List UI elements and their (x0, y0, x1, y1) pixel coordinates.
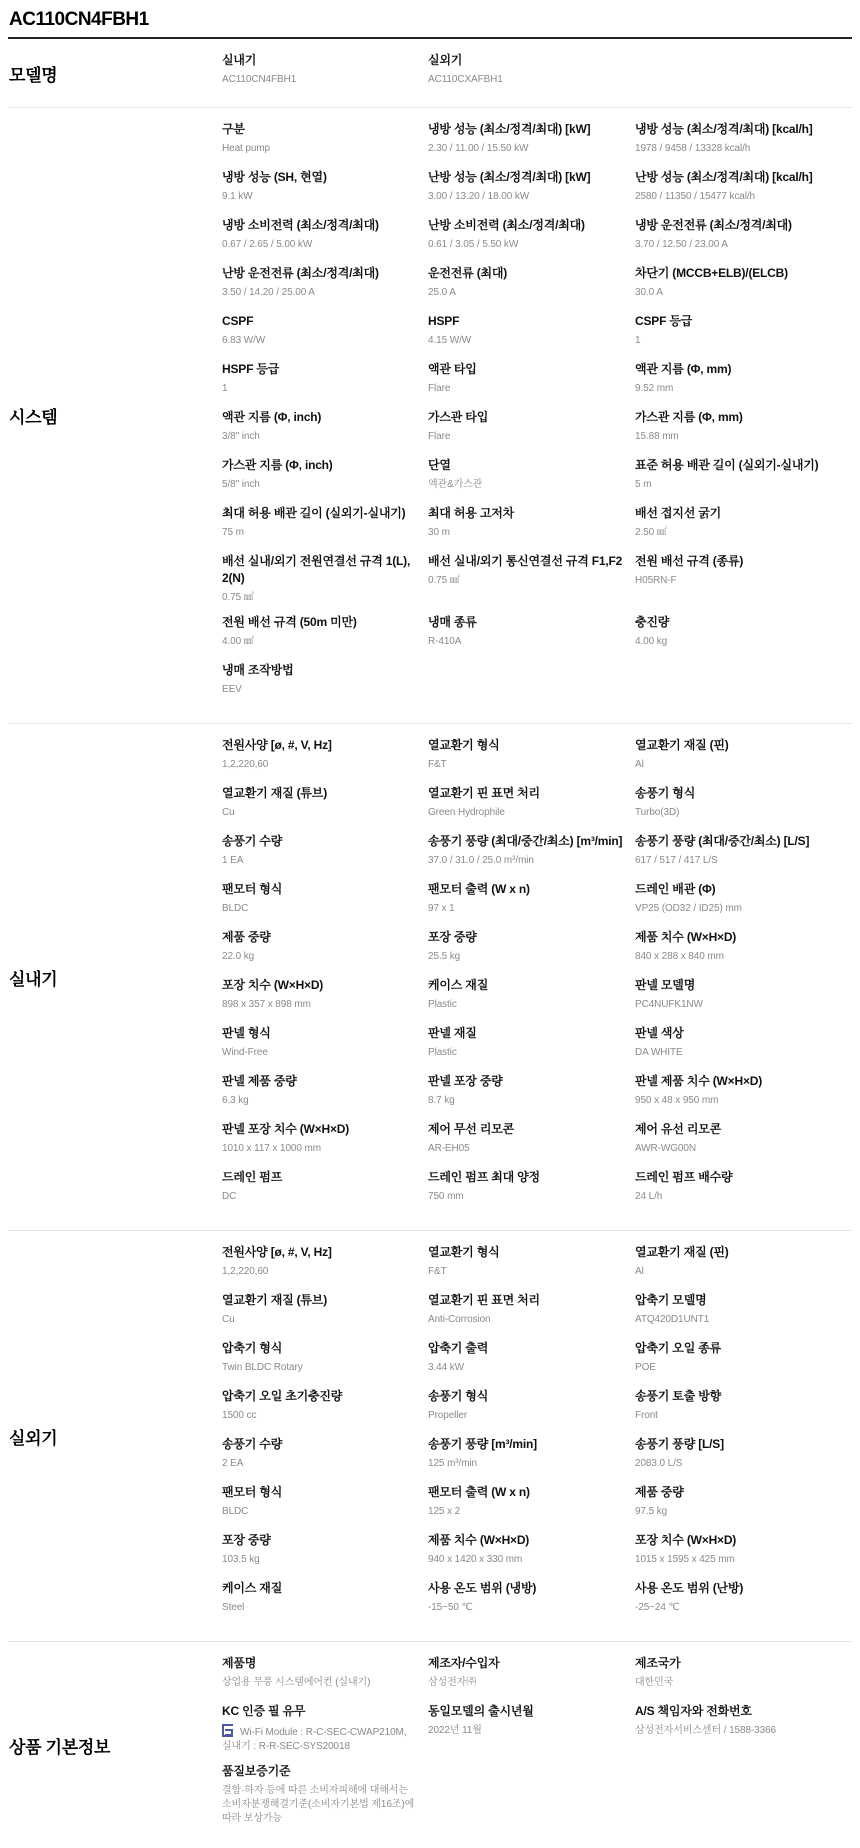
spec-value: 37.0 / 31.0 / 25.0 m³/min (428, 854, 625, 868)
spec-item: 판넬 제품 치수 (W×H×D)950 x 48 x 950 mm (635, 1070, 843, 1118)
spec-label: 송풍기 토출 방향 (635, 1388, 833, 1405)
spec-label: 송풍기 수량 (222, 1436, 418, 1453)
spec-label: 송풍기 풍량 [L/S] (635, 1436, 833, 1453)
spec-item: 열교환기 핀 표면 처리Green Hydrophile (428, 782, 635, 830)
spec-value: 97 x 1 (428, 902, 625, 916)
spec-item: 드레인 펌프 최대 양정750 mm (428, 1166, 635, 1214)
spec-item: 열교환기 형식F&T (428, 1241, 635, 1289)
spec-value: 1500 cc (222, 1409, 418, 1423)
spec-item: 가스관 타입Flare (428, 406, 635, 454)
spec-value: 액관&가스관 (428, 478, 625, 492)
spec-label: 드레인 펌프 (222, 1169, 418, 1186)
spec-item: 액관 지름 (Φ, inch)3/8" inch (222, 406, 428, 454)
spec-label: 열교환기 재질 (핀) (635, 1244, 833, 1261)
spec-item: 판넬 색상DA WHITE (635, 1022, 843, 1070)
spec-label: 송풍기 풍량 [m³/min] (428, 1436, 625, 1453)
spec-label: 열교환기 핀 표면 처리 (428, 1292, 625, 1309)
spec-label: 열교환기 재질 (튜브) (222, 785, 418, 802)
spec-label: 난방 성능 (최소/정격/최대) [kW] (428, 169, 625, 186)
spec-value: Green Hydrophile (428, 806, 625, 820)
spec-value: Cu (222, 806, 418, 820)
spec-item: 포장 중량103.5 kg (222, 1529, 428, 1577)
spec-label: 송풍기 형식 (635, 785, 833, 802)
spec-value: 30.0 A (635, 286, 833, 300)
spec-item: 충진량4.00 kg (635, 611, 843, 659)
spec-value: -15~50 ℃ (428, 1601, 625, 1615)
spec-item: 가스관 지름 (Φ, mm)15.88 mm (635, 406, 843, 454)
spec-item: 배선 실내/외기 전원연결선 규격 1(L), 2(N)0.75 ㎟ (222, 550, 428, 611)
spec-label: 판넬 포장 치수 (W×H×D) (222, 1121, 418, 1138)
spec-value: 9.52 mm (635, 382, 833, 396)
spec-value: 대한민국 (635, 1676, 833, 1690)
spec-item: 송풍기 형식Propeller (428, 1385, 635, 1433)
section-title: 상품 기본정보 (8, 1642, 222, 1848)
spec-label: A/S 책임자와 전화번호 (635, 1703, 833, 1720)
section-system: 시스템 구분Heat pump냉방 성능 (최소/정격/최대) [kW]2.30… (8, 108, 852, 724)
spec-item: 동일모델의 출시년월2022년 11월 (428, 1700, 635, 1760)
spec-item: 최대 허용 배관 길이 (실외기-실내기)75 m (222, 502, 428, 550)
spec-value: 삼성전자서비스센터 / 1588-3366 (635, 1724, 833, 1738)
spec-item: 판넬 모델명PC4NUFK1NW (635, 974, 843, 1022)
spec-item: 품질보증기준결함·하자 등에 따른 소비자피해에 대해서는 소비자분쟁해결기준(… (222, 1760, 428, 1832)
spec-value: 2022년 11월 (428, 1724, 625, 1738)
spec-item: 전원 배선 규격 (종류)H05RN-F (635, 550, 843, 611)
spec-label: 드레인 펌프 최대 양정 (428, 1169, 625, 1186)
spec-value: Plastic (428, 1046, 625, 1060)
spec-value: 898 x 357 x 898 mm (222, 998, 418, 1012)
spec-value: 0.75 ㎟ (428, 574, 625, 588)
spec-value: 1 EA (222, 854, 418, 868)
spec-label: 제조국가 (635, 1655, 833, 1672)
spec-value: 24 L/h (635, 1190, 833, 1204)
section-outdoor: 실외기 전원사양 [ø, #, V, Hz]1,2,220,60열교환기 형식F… (8, 1231, 852, 1642)
spec-label: 실내기 (222, 52, 418, 69)
spec-value: Anti-Corrosion (428, 1313, 625, 1327)
spec-label: 압축기 오일 종류 (635, 1340, 833, 1357)
spec-value: Al (635, 758, 833, 772)
spec-item: 전원사양 [ø, #, V, Hz]1,2,220,60 (222, 734, 428, 782)
spec-value: 2.50 ㎟ (635, 526, 833, 540)
spec-value: 1,2,220,60 (222, 758, 418, 772)
spec-value: 결함·하자 등에 따른 소비자피해에 대해서는 소비자분쟁해결기준(소비자기본법… (222, 1784, 418, 1826)
spec-label: 난방 운전전류 (최소/정격/최대) (222, 265, 418, 282)
spec-label: 팬모터 출력 (W x n) (428, 1484, 625, 1501)
spec-label: 전원 배선 규격 (종류) (635, 553, 833, 570)
spec-item: 팬모터 출력 (W x n)97 x 1 (428, 878, 635, 926)
section-indoor: 실내기 전원사양 [ø, #, V, Hz]1,2,220,60열교환기 형식F… (8, 724, 852, 1231)
spec-item: 압축기 오일 종류POE (635, 1337, 843, 1385)
spec-label: 판넬 모델명 (635, 977, 833, 994)
spec-label: 팬모터 형식 (222, 881, 418, 898)
spec-value: Twin BLDC Rotary (222, 1361, 418, 1375)
spec-label: 운전전류 (최대) (428, 265, 625, 282)
spec-item: 팬모터 출력 (W x n)125 x 2 (428, 1481, 635, 1529)
spec-value: 1978 / 9458 / 13328 kcal/h (635, 142, 833, 156)
spec-label: 제어 무선 리모콘 (428, 1121, 625, 1138)
spec-label: 제조자/수입자 (428, 1655, 625, 1672)
spec-label: 사용 온도 범위 (냉방) (428, 1580, 625, 1597)
spec-value: Flare (428, 382, 625, 396)
spec-label: 냉방 소비전력 (최소/정격/최대) (222, 217, 418, 234)
spec-item: HSPF 등급1 (222, 358, 428, 406)
spec-value: 940 x 1420 x 330 mm (428, 1553, 625, 1567)
spec-value: 1015 x 1595 x 425 mm (635, 1553, 833, 1567)
spec-label: 난방 성능 (최소/정격/최대) [kcal/h] (635, 169, 833, 186)
spec-item: 사용 온도 범위 (난방)-25~24 ℃ (635, 1577, 843, 1625)
spec-item: 드레인 펌프 배수량24 L/h (635, 1166, 843, 1214)
spec-item: 포장 치수 (W×H×D)898 x 357 x 898 mm (222, 974, 428, 1022)
spec-value: 2083.0 L/S (635, 1457, 833, 1471)
spec-value: 0.67 / 2.65 / 5.00 kW (222, 238, 418, 252)
spec-label: 냉방 성능 (SH, 현열) (222, 169, 418, 186)
spec-label: 판넬 형식 (222, 1025, 418, 1042)
spec-item: 액관 타입Flare (428, 358, 635, 406)
spec-value: 6.3 kg (222, 1094, 418, 1108)
spec-label: 냉방 성능 (최소/정격/최대) [kcal/h] (635, 121, 833, 138)
spec-label: KC 인증 필 유무 (222, 1703, 418, 1720)
spec-item: 난방 운전전류 (최소/정격/최대)3.50 / 14.20 / 25.00 A (222, 262, 428, 310)
spec-label: 실외기 (428, 52, 625, 69)
spec-item: 팬모터 형식BLDC (222, 878, 428, 926)
spec-item: 액관 지름 (Φ, mm)9.52 mm (635, 358, 843, 406)
spec-label: CSPF (222, 313, 418, 330)
spec-value: Plastic (428, 998, 625, 1012)
spec-label: 전원 배선 규격 (50m 미만) (222, 614, 418, 631)
spec-value: 2580 / 11350 / 15477 kcal/h (635, 190, 833, 204)
spec-value: 2.30 / 11.00 / 15.50 kW (428, 142, 625, 156)
spec-item: 판넬 형식Wind-Free (222, 1022, 428, 1070)
spec-label: 포장 치수 (W×H×D) (222, 977, 418, 994)
spec-item: 사용 온도 범위 (냉방)-15~50 ℃ (428, 1577, 635, 1625)
spec-value: 950 x 48 x 950 mm (635, 1094, 833, 1108)
spec-value: H05RN-F (635, 574, 833, 588)
spec-item: 드레인 펌프DC (222, 1166, 428, 1214)
spec-item: 냉매 조작방법EEV (222, 659, 428, 707)
spec-label: 팬모터 출력 (W x n) (428, 881, 625, 898)
spec-item: 압축기 오일 초기충진량1500 cc (222, 1385, 428, 1433)
spec-label: HSPF 등급 (222, 361, 418, 378)
spec-value: 2 EA (222, 1457, 418, 1471)
spec-grid: 제품명상업용 무풍 시스템에어컨 (실내기)제조자/수입자삼성전자㈜제조국가대한… (222, 1642, 852, 1848)
spec-value: 4.00 kg (635, 635, 833, 649)
spec-item: 판넬 재질Plastic (428, 1022, 635, 1070)
spec-item: 제품명상업용 무풍 시스템에어컨 (실내기) (222, 1652, 428, 1700)
spec-value: 삼성전자㈜ (428, 1676, 625, 1690)
spec-item: 송풍기 풍량 [L/S]2083.0 L/S (635, 1433, 843, 1481)
spec-value: AWR-WG00N (635, 1142, 833, 1156)
spec-item: 열교환기 재질 (튜브)Cu (222, 1289, 428, 1337)
spec-label: 액관 지름 (Φ, inch) (222, 409, 418, 426)
spec-item: 배선 접지선 굵기2.50 ㎟ (635, 502, 843, 550)
spec-label: 열교환기 핀 표면 처리 (428, 785, 625, 802)
spec-grid: 전원사양 [ø, #, V, Hz]1,2,220,60열교환기 형식F&T열교… (222, 724, 852, 1230)
spec-label: 차단기 (MCCB+ELB)/(ELCB) (635, 265, 833, 282)
spec-label: 액관 지름 (Φ, mm) (635, 361, 833, 378)
spec-label: 케이스 재질 (222, 1580, 418, 1597)
spec-value: F&T (428, 1265, 625, 1279)
spec-label: 구분 (222, 121, 418, 138)
spec-label: 열교환기 재질 (튜브) (222, 1292, 418, 1309)
spec-item: 열교환기 재질 (튜브)Cu (222, 782, 428, 830)
spec-item: 포장 중량25.5 kg (428, 926, 635, 974)
spec-label: 열교환기 형식 (428, 1244, 625, 1261)
spec-item: 송풍기 풍량 (최대/중간/최소) [L/S]617 / 517 / 417 L… (635, 830, 843, 878)
spec-item: A/S 책임자와 전화번호삼성전자서비스센터 / 1588-3366 (635, 1700, 843, 1760)
spec-item: KC 인증 필 유무Wi-Fi Module : R-C-SEC-CWAP210… (222, 1700, 428, 1760)
spec-item: 제품 치수 (W×H×D)940 x 1420 x 330 mm (428, 1529, 635, 1577)
spec-value: 25.0 A (428, 286, 625, 300)
spec-label: 충진량 (635, 614, 833, 631)
spec-item: 제품 치수 (W×H×D)840 x 288 x 840 mm (635, 926, 843, 974)
spec-label: 드레인 배관 (Φ) (635, 881, 833, 898)
spec-value: 1,2,220,60 (222, 1265, 418, 1279)
spec-item: 송풍기 풍량 (최대/중간/최소) [m³/min]37.0 / 31.0 / … (428, 830, 635, 878)
spec-value: Turbo(3D) (635, 806, 833, 820)
spec-label: 압축기 모델명 (635, 1292, 833, 1309)
spec-value: 15.88 mm (635, 430, 833, 444)
spec-label: 드레인 펌프 배수량 (635, 1169, 833, 1186)
spec-value: 4.00 ㎟ (222, 635, 418, 649)
spec-item: HSPF4.15 W/W (428, 310, 635, 358)
spec-label: 열교환기 형식 (428, 737, 625, 754)
spec-label: 품질보증기준 (222, 1763, 418, 1780)
spec-value: 840 x 288 x 840 mm (635, 950, 833, 964)
spec-label: 포장 중량 (428, 929, 625, 946)
spec-label: 제어 유선 리모콘 (635, 1121, 833, 1138)
spec-item: 냉방 성능 (최소/정격/최대) [kW]2.30 / 11.00 / 15.5… (428, 118, 635, 166)
spec-item: 단열액관&가스관 (428, 454, 635, 502)
spec-item: 배선 실내/외기 통신연결선 규격 F1,F20.75 ㎟ (428, 550, 635, 611)
page-title: AC110CN4FBH1 (8, 0, 852, 37)
spec-label: 압축기 형식 (222, 1340, 418, 1357)
spec-label: 케이스 재질 (428, 977, 625, 994)
spec-label: 판넬 재질 (428, 1025, 625, 1042)
spec-label: 압축기 출력 (428, 1340, 625, 1357)
spec-value: 3.50 / 14.20 / 25.00 A (222, 286, 418, 300)
spec-value: 3.44 kW (428, 1361, 625, 1375)
spec-label: 제품 중량 (222, 929, 418, 946)
spec-label: 냉매 종류 (428, 614, 625, 631)
spec-value: AC110CN4FBH1 (222, 73, 418, 87)
spec-label: 배선 접지선 굵기 (635, 505, 833, 522)
spec-item: 전원사양 [ø, #, V, Hz]1,2,220,60 (222, 1241, 428, 1289)
spec-value: 3.00 / 13.20 / 18.00 kW (428, 190, 625, 204)
spec-label: 냉방 성능 (최소/정격/최대) [kW] (428, 121, 625, 138)
spec-value: Front (635, 1409, 833, 1423)
section-title: 실내기 (8, 724, 222, 1230)
spec-label: 표준 허용 배관 길이 (실외기-실내기) (635, 457, 833, 474)
spec-item: 열교환기 형식F&T (428, 734, 635, 782)
spec-value: 6.83 W/W (222, 334, 418, 348)
spec-label: 액관 타입 (428, 361, 625, 378)
spec-item: 판넬 포장 치수 (W×H×D)1010 x 117 x 1000 mm (222, 1118, 428, 1166)
spec-value: BLDC (222, 902, 418, 916)
spec-value: PC4NUFK1NW (635, 998, 833, 1012)
spec-item: 전원 배선 규격 (50m 미만)4.00 ㎟ (222, 611, 428, 659)
spec-label: HSPF (428, 313, 625, 330)
spec-label: 최대 허용 배관 길이 (실외기-실내기) (222, 505, 418, 522)
spec-item: 구분Heat pump (222, 118, 428, 166)
spec-item: 드레인 배관 (Φ)VP25 (OD32 / ID25) mm (635, 878, 843, 926)
spec-label: 냉매 조작방법 (222, 662, 418, 679)
spec-value: 1 (222, 382, 418, 396)
spec-item: 냉방 소비전력 (최소/정격/최대)0.67 / 2.65 / 5.00 kW (222, 214, 428, 262)
spec-label: 단열 (428, 457, 625, 474)
spec-value: Propeller (428, 1409, 625, 1423)
spec-page: AC110CN4FBH1 모델명 실내기AC110CN4FBH1실외기AC110… (0, 0, 860, 1848)
spec-value: R-410A (428, 635, 625, 649)
spec-label: 전원사양 [ø, #, V, Hz] (222, 737, 418, 754)
spec-item: 케이스 재질Steel (222, 1577, 428, 1625)
spec-item: 표준 허용 배관 길이 (실외기-실내기)5 m (635, 454, 843, 502)
spec-value: F&T (428, 758, 625, 772)
section-title: 모델명 (8, 39, 222, 107)
spec-item: 송풍기 풍량 [m³/min]125 m³/min (428, 1433, 635, 1481)
spec-item: 냉매 종류R-410A (428, 611, 635, 659)
spec-item: 차단기 (MCCB+ELB)/(ELCB)30.0 A (635, 262, 843, 310)
spec-label: 동일모델의 출시년월 (428, 1703, 625, 1720)
spec-item: 제어 무선 리모콘AR-EH05 (428, 1118, 635, 1166)
spec-value: AC110CXAFBH1 (428, 73, 625, 87)
spec-item: 열교환기 핀 표면 처리Anti-Corrosion (428, 1289, 635, 1337)
spec-value: 8.7 kg (428, 1094, 625, 1108)
section-title: 실외기 (8, 1231, 222, 1641)
spec-item: 난방 성능 (최소/정격/최대) [kW]3.00 / 13.20 / 18.0… (428, 166, 635, 214)
spec-value: Flare (428, 430, 625, 444)
spec-value: 617 / 517 / 417 L/S (635, 854, 833, 868)
spec-value: 25.5 kg (428, 950, 625, 964)
spec-value: 125 x 2 (428, 1505, 625, 1519)
spec-label: 가스관 지름 (Φ, inch) (222, 457, 418, 474)
spec-value: 3/8" inch (222, 430, 418, 444)
spec-value-text: Wi-Fi Module : R-C-SEC-CWAP210M, 실내기 : R… (222, 1727, 406, 1752)
spec-label: 송풍기 수량 (222, 833, 418, 850)
spec-value: -25~24 ℃ (635, 1601, 833, 1615)
spec-value: 103.5 kg (222, 1553, 418, 1567)
spec-item: 냉방 성능 (최소/정격/최대) [kcal/h]1978 / 9458 / 1… (635, 118, 843, 166)
spec-value: 22.0 kg (222, 950, 418, 964)
spec-value: 9.1 kW (222, 190, 418, 204)
spec-label: 사용 온도 범위 (난방) (635, 1580, 833, 1597)
spec-value: DC (222, 1190, 418, 1204)
spec-item: 제조국가대한민국 (635, 1652, 843, 1700)
spec-label: 전원사양 [ø, #, V, Hz] (222, 1244, 418, 1261)
spec-value: EEV (222, 683, 418, 697)
spec-item: CSPF 등급1 (635, 310, 843, 358)
spec-item: 송풍기 수량2 EA (222, 1433, 428, 1481)
spec-item: 냉방 운전전류 (최소/정격/최대)3.70 / 12.50 / 23.00 A (635, 214, 843, 262)
spec-item: 가스관 지름 (Φ, inch)5/8" inch (222, 454, 428, 502)
spec-item: 난방 성능 (최소/정격/최대) [kcal/h]2580 / 11350 / … (635, 166, 843, 214)
spec-label: 배선 실내/외기 전원연결선 규격 1(L), 2(N) (222, 553, 418, 587)
spec-value: BLDC (222, 1505, 418, 1519)
spec-label: 제품 치수 (W×H×D) (428, 1532, 625, 1549)
spec-value: ATQ420D1UNT1 (635, 1313, 833, 1327)
spec-value: 4.15 W/W (428, 334, 625, 348)
spec-value: Al (635, 1265, 833, 1279)
spec-item: 송풍기 수량1 EA (222, 830, 428, 878)
section-basic-info: 상품 기본정보 제품명상업용 무풍 시스템에어컨 (실내기)제조자/수입자삼성전… (8, 1642, 852, 1848)
spec-label: 포장 치수 (W×H×D) (635, 1532, 833, 1549)
spec-value: Cu (222, 1313, 418, 1327)
spec-value: 5/8" inch (222, 478, 418, 492)
spec-label: 판넬 제품 중량 (222, 1073, 418, 1090)
spec-item: 제조자/수입자삼성전자㈜ (428, 1652, 635, 1700)
spec-label: 포장 중량 (222, 1532, 418, 1549)
spec-value: 125 m³/min (428, 1457, 625, 1471)
spec-value: 1010 x 117 x 1000 mm (222, 1142, 418, 1156)
spec-value: 30 m (428, 526, 625, 540)
spec-item: 최대 허용 고저차30 m (428, 502, 635, 550)
spec-value: 1 (635, 334, 833, 348)
spec-item: CSPF6.83 W/W (222, 310, 428, 358)
spec-value: Steel (222, 1601, 418, 1615)
spec-item: 송풍기 토출 방향Front (635, 1385, 843, 1433)
spec-value: 5 m (635, 478, 833, 492)
spec-value: DA WHITE (635, 1046, 833, 1060)
spec-value: VP25 (OD32 / ID25) mm (635, 902, 833, 916)
spec-item: 송풍기 형식Turbo(3D) (635, 782, 843, 830)
spec-item: 실외기AC110CXAFBH1 (428, 49, 635, 95)
spec-value: 0.75 ㎟ (222, 591, 418, 605)
spec-value: 750 mm (428, 1190, 625, 1204)
section-model: 모델명 실내기AC110CN4FBH1실외기AC110CXAFBH1 (8, 39, 852, 108)
spec-item: 판넬 제품 중량6.3 kg (222, 1070, 428, 1118)
spec-label: 가스관 타입 (428, 409, 625, 426)
spec-item: 실내기AC110CN4FBH1 (222, 49, 428, 95)
spec-label: 제품명 (222, 1655, 418, 1672)
spec-grid: 전원사양 [ø, #, V, Hz]1,2,220,60열교환기 형식F&T열교… (222, 1231, 852, 1641)
section-title: 시스템 (8, 108, 222, 723)
spec-value: AR-EH05 (428, 1142, 625, 1156)
spec-value: 상업용 무풍 시스템에어컨 (실내기) (222, 1676, 418, 1690)
spec-label: 판넬 제품 치수 (W×H×D) (635, 1073, 833, 1090)
spec-item: 제품 중량97.5 kg (635, 1481, 843, 1529)
spec-item: 제어 유선 리모콘AWR-WG00N (635, 1118, 843, 1166)
spec-item: 판넬 포장 중량8.7 kg (428, 1070, 635, 1118)
spec-item: 케이스 재질Plastic (428, 974, 635, 1022)
spec-item: 제품 중량22.0 kg (222, 926, 428, 974)
spec-value: 0.61 / 3.05 / 5.50 kW (428, 238, 625, 252)
spec-label: 송풍기 풍량 (최대/중간/최소) [m³/min] (428, 833, 625, 850)
spec-label: 팬모터 형식 (222, 1484, 418, 1501)
spec-item: 팬모터 형식BLDC (222, 1481, 428, 1529)
spec-value: POE (635, 1361, 833, 1375)
spec-item: 압축기 모델명ATQ420D1UNT1 (635, 1289, 843, 1337)
spec-label: 배선 실내/외기 통신연결선 규격 F1,F2 (428, 553, 625, 570)
spec-item: 난방 소비전력 (최소/정격/최대)0.61 / 3.05 / 5.50 kW (428, 214, 635, 262)
spec-label: 난방 소비전력 (최소/정격/최대) (428, 217, 625, 234)
spec-item: 냉방 성능 (SH, 현열)9.1 kW (222, 166, 428, 214)
spec-label: CSPF 등급 (635, 313, 833, 330)
spec-label: 가스관 지름 (Φ, mm) (635, 409, 833, 426)
spec-label: 최대 허용 고저차 (428, 505, 625, 522)
spec-label: 열교환기 재질 (핀) (635, 737, 833, 754)
spec-item: 운전전류 (최대)25.0 A (428, 262, 635, 310)
spec-label: 제품 치수 (W×H×D) (635, 929, 833, 946)
spec-label: 제품 중량 (635, 1484, 833, 1501)
spec-grid: 실내기AC110CN4FBH1실외기AC110CXAFBH1 (222, 39, 852, 107)
spec-label: 판넬 포장 중량 (428, 1073, 625, 1090)
spec-item: 열교환기 재질 (핀)Al (635, 1241, 843, 1289)
spec-table: 모델명 실내기AC110CN4FBH1실외기AC110CXAFBH1 시스템 구… (8, 37, 852, 1848)
spec-label: 송풍기 풍량 (최대/중간/최소) [L/S] (635, 833, 833, 850)
spec-grid: 구분Heat pump냉방 성능 (최소/정격/최대) [kW]2.30 / 1… (222, 108, 852, 723)
spec-label: 송풍기 형식 (428, 1388, 625, 1405)
spec-value: 75 m (222, 526, 418, 540)
spec-value: 97.5 kg (635, 1505, 833, 1519)
spec-value: 3.70 / 12.50 / 23.00 A (635, 238, 833, 252)
